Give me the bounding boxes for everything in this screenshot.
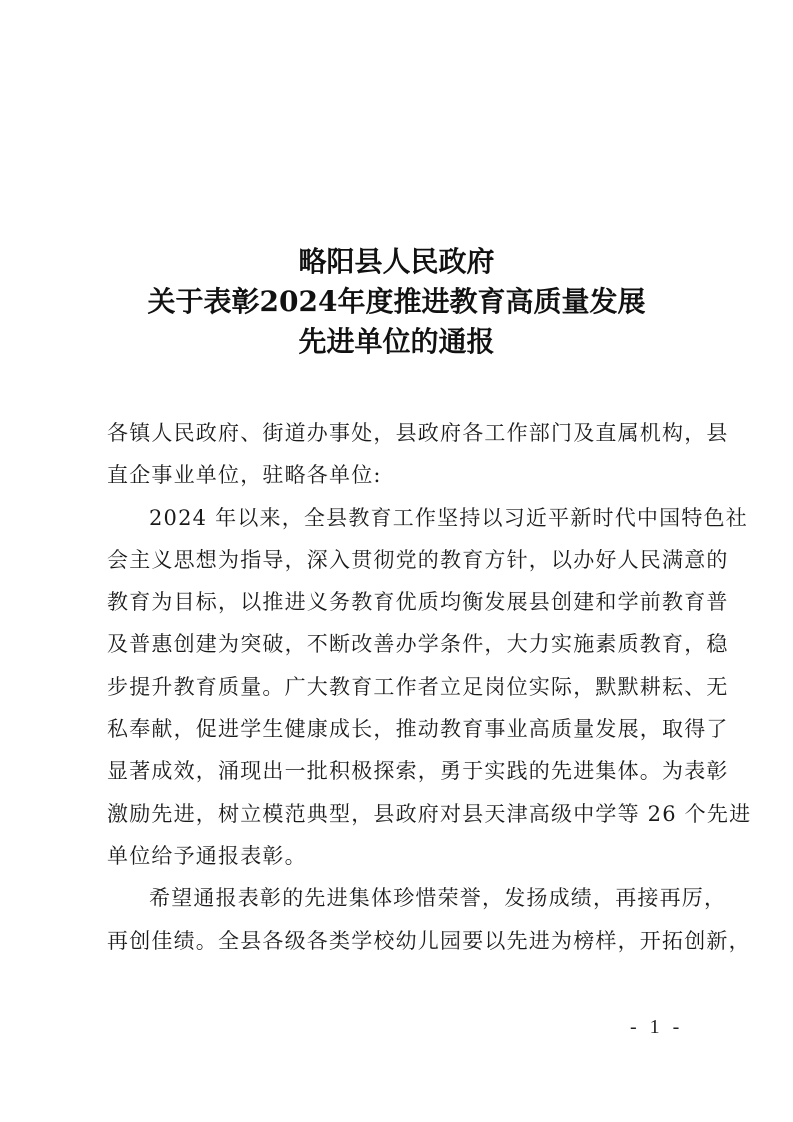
paragraph-line: 私奉献，促进学生健康成长，推动教育事业高质量发展，取得了 [107, 708, 711, 750]
salutation-line: 直企事业单位，驻略各单位: [107, 454, 711, 496]
paragraph-line: 希望通报表彰的先进集体珍惜荣誉，发扬成绩，再接再厉， [107, 877, 711, 919]
document-body: 各镇人民政府、街道办事处，县政府各工作部门及直属机构，县 直企事业单位，驻略各单… [107, 412, 711, 962]
document-title: 略阳县人民政府 关于表彰2024年度推进教育高质量发展 先进单位的通报 [0, 242, 793, 362]
paragraph-line: 显著成效，涌现出一批积极探索，勇于实践的先进集体。为表彰 [107, 750, 711, 792]
paragraph-line: 激励先进，树立模范典型，县政府对县天津高级中学等 26 个先进 [107, 793, 711, 835]
paragraph-line: 教育为目标，以推进义务教育优质均衡发展县创建和学前教育普 [107, 581, 711, 623]
paragraph-line: 再创佳绩。全县各级各类学校幼儿园要以先进为榜样，开拓创新， [107, 920, 711, 962]
title-line-subject-end: 先进单位的通报 [0, 322, 793, 362]
title-line-subject: 关于表彰2024年度推进教育高质量发展 [0, 282, 793, 322]
page-number: - 1 - [630, 1016, 683, 1039]
paragraph-line: 步提升教育质量。广大教育工作者立足岗位实际，默默耕耘、无 [107, 666, 711, 708]
paragraph-line: 2024 年以来，全县教育工作坚持以习近平新时代中国特色社 [107, 497, 711, 539]
title-line-issuer: 略阳县人民政府 [0, 242, 793, 282]
salutation: 各镇人民政府、街道办事处，县政府各工作部门及直属机构，县 直企事业单位，驻略各单… [107, 412, 711, 497]
paragraph-1: 2024 年以来，全县教育工作坚持以习近平新时代中国特色社 会主义思想为指导，深… [107, 497, 711, 878]
paragraph-line: 单位给予通报表彰。 [107, 835, 711, 877]
paragraph-line: 及普惠创建为突破，不断改善办学条件，大力实施素质教育，稳 [107, 623, 711, 665]
salutation-line: 各镇人民政府、街道办事处，县政府各工作部门及直属机构，县 [107, 412, 711, 454]
document-page: 略阳县人民政府 关于表彰2024年度推进教育高质量发展 先进单位的通报 各镇人民… [0, 0, 793, 1122]
paragraph-2: 希望通报表彰的先进集体珍惜荣誉，发扬成绩，再接再厉， 再创佳绩。全县各级各类学校… [107, 877, 711, 962]
paragraph-line: 会主义思想为指导，深入贯彻党的教育方针，以办好人民满意的 [107, 539, 711, 581]
